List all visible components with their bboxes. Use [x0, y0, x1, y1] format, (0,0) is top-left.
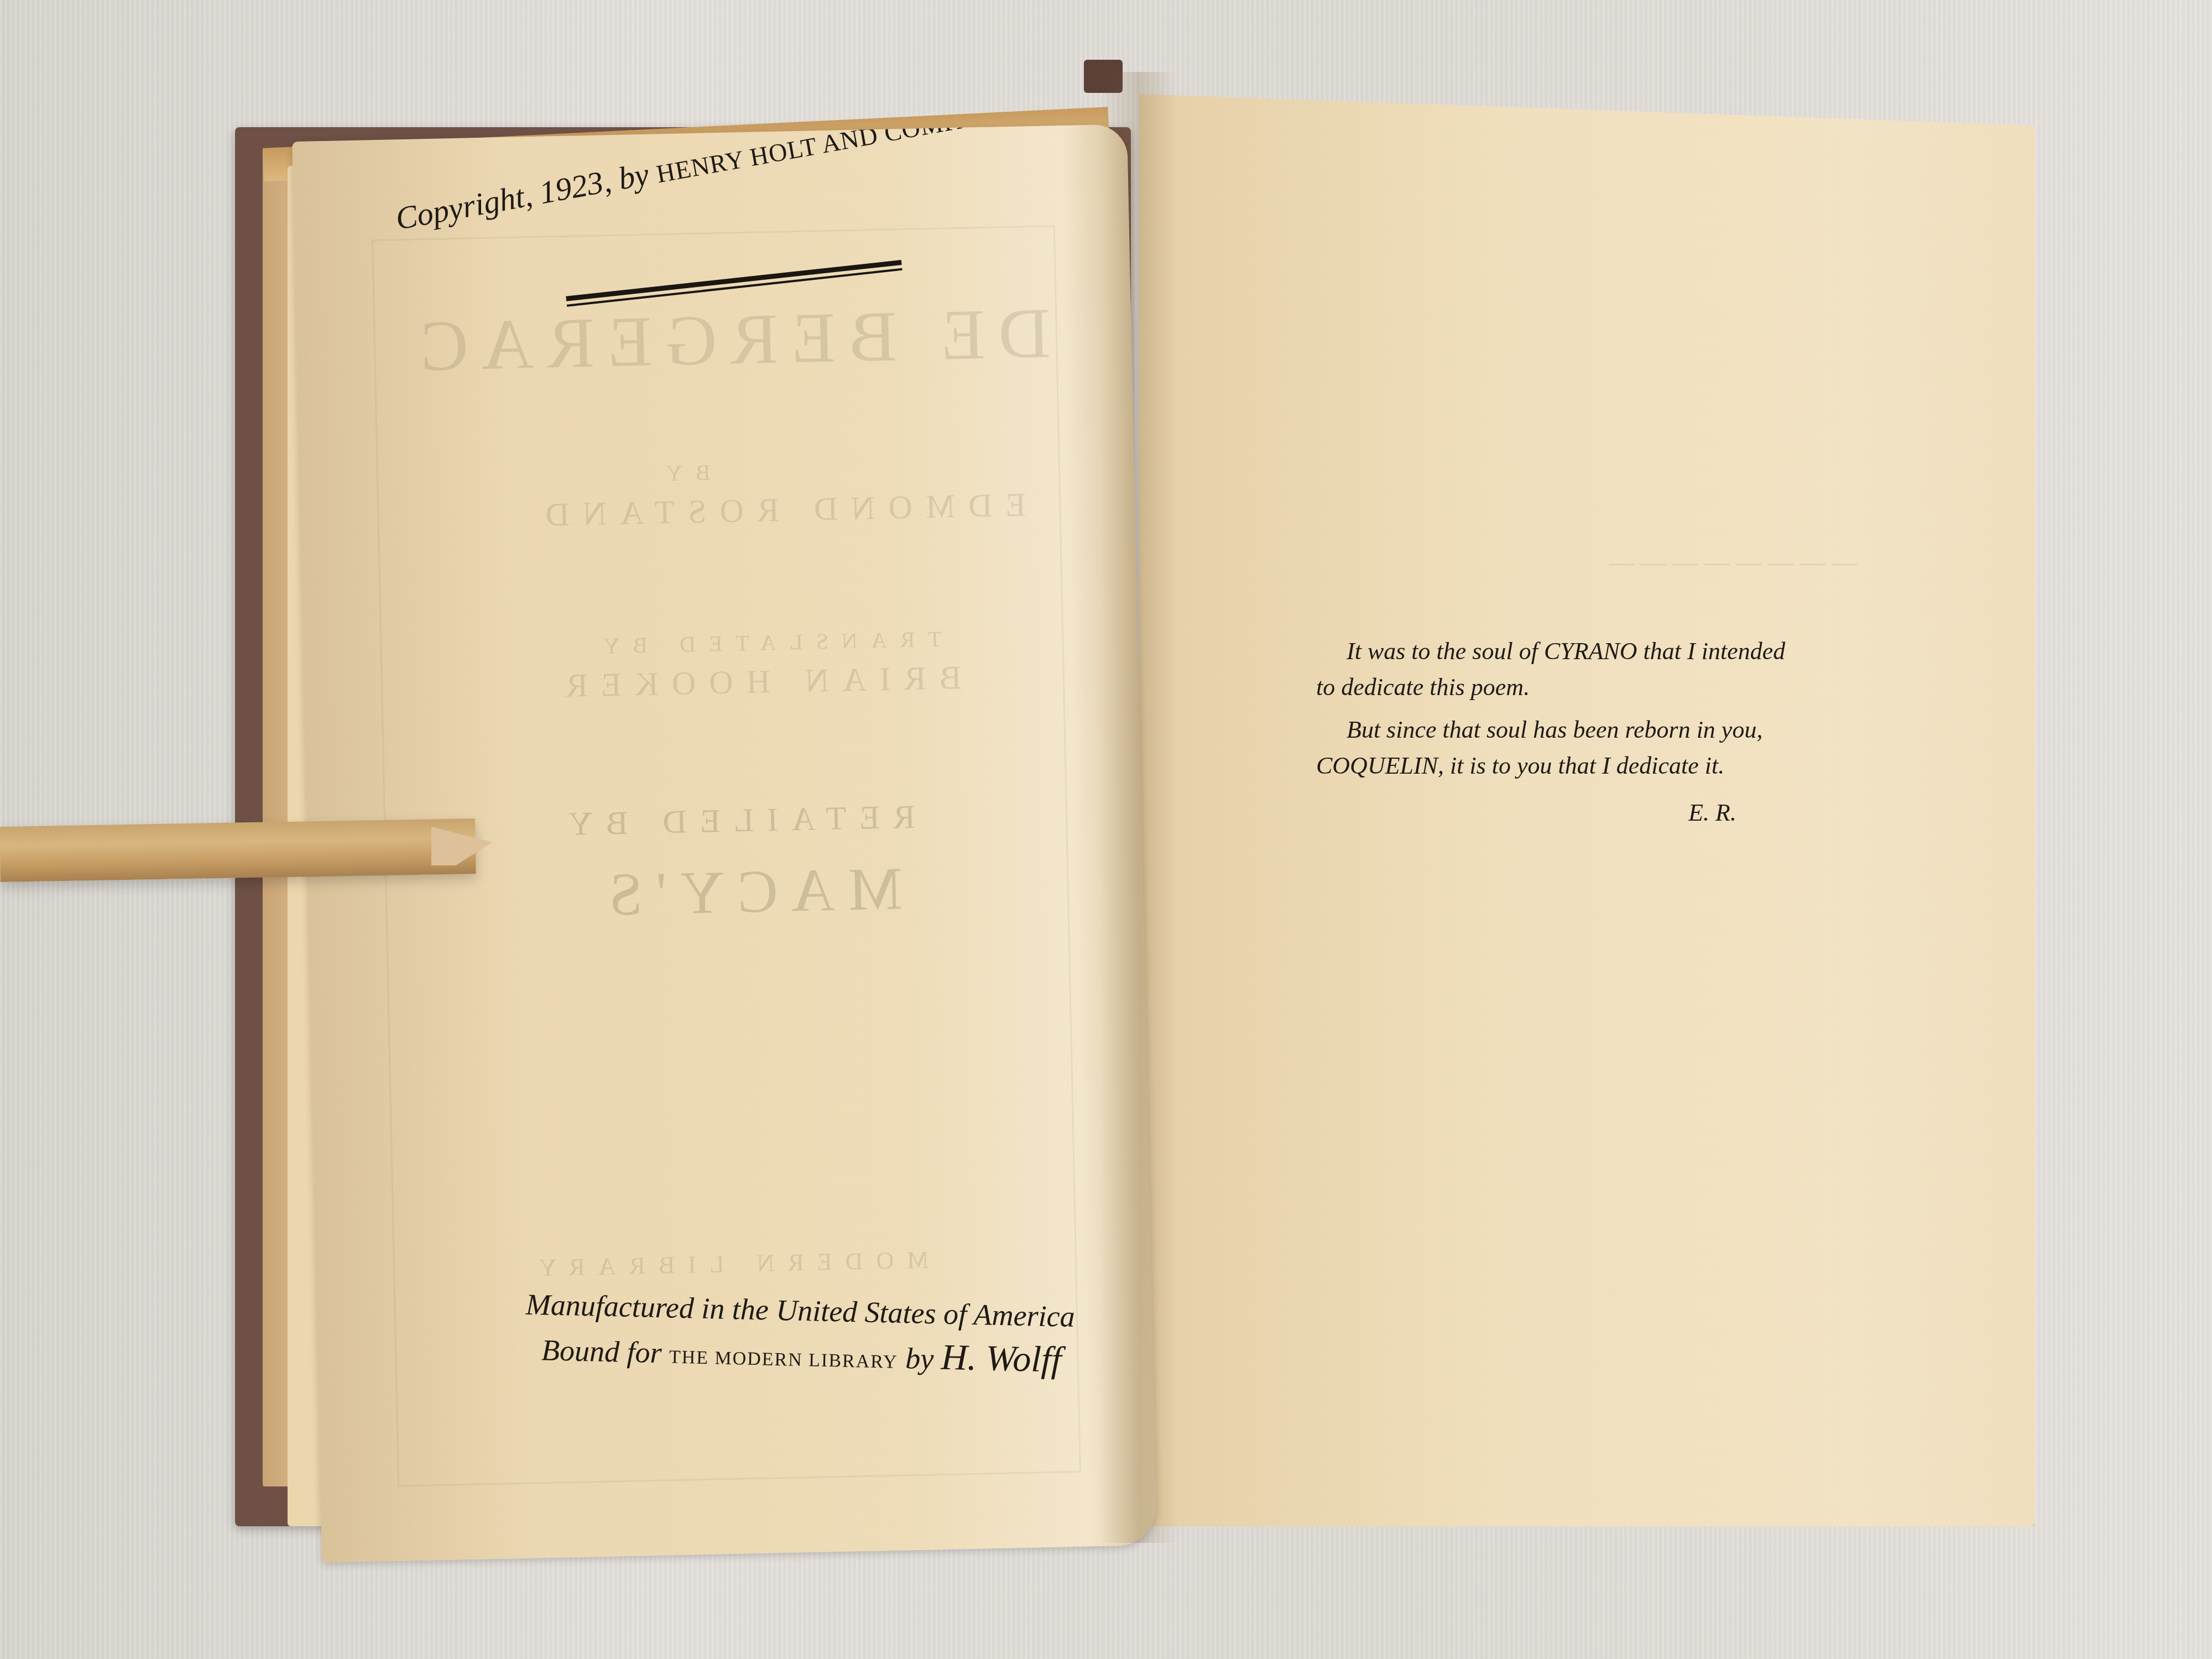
- imprint-binder: H. Wolff: [941, 1337, 1062, 1380]
- bleed-through-by: BY: [653, 459, 711, 486]
- imprint-by: by: [905, 1342, 934, 1375]
- bleed-through-title: DE BERGERAC: [406, 291, 1051, 388]
- dedication-signature: E. R.: [1316, 795, 1736, 831]
- copyright-prefix: Copyright, 1923, by: [393, 156, 651, 237]
- dedication: It was to the soul of CYRANO that I inte…: [1316, 633, 1792, 837]
- dedication-paragraph-1: It was to the soul of CYRANO that I inte…: [1316, 633, 1792, 705]
- printer-imprint: Manufactured in the United States of Ame…: [524, 1287, 1079, 1382]
- bleed-through-macys: MACY'S: [595, 853, 904, 930]
- book-cover-corner: [1084, 60, 1123, 93]
- wooden-bookmark-stick: [0, 818, 476, 882]
- bleed-through-retailer: RETAILED BY: [555, 798, 915, 844]
- copyright-publisher: HENRY HOLT AND COMPANY: [654, 124, 1014, 188]
- imprint-series: THE MODERN LIBRARY: [669, 1347, 899, 1373]
- copyright-line: Copyright, 1923, by HENRY HOLT AND COMPA…: [393, 124, 1014, 237]
- dedication-paragraph-2: But since that soul has been reborn in y…: [1316, 712, 1792, 784]
- bleed-through-text: — — — — — — — —: [1609, 547, 1858, 577]
- imprint-bound-prefix: Bound for: [541, 1333, 662, 1369]
